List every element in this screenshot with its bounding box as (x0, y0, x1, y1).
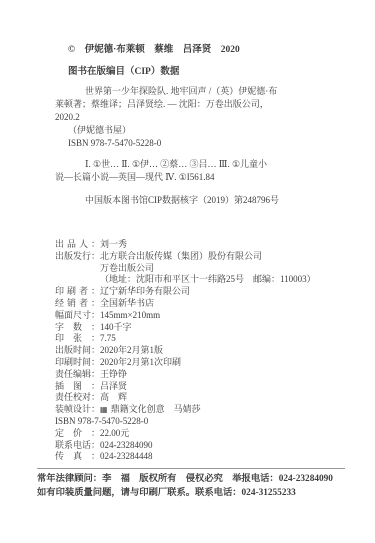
cip-heading: 图书在版编目（CIP）数据 (55, 66, 345, 79)
footer-notices: 常年法律顾问：李 福 版权所有 侵权必究 举报电话：024-23284090 如… (37, 473, 345, 500)
colophon-row: 装帧设计： ▦ 鼎籍文化创意 马婧莎 (55, 404, 345, 416)
colophon-row: 字数： 140千字 (55, 322, 345, 334)
colophon-value: 王铮铮 (100, 369, 127, 381)
colophon-label (55, 263, 100, 275)
colophon-value: 全国新华书店 (100, 298, 154, 310)
colophon-row: 万卷出版公司 (55, 263, 345, 275)
colophon-label: 幅面尺寸： (55, 310, 100, 322)
colophon-value: 7.75 (100, 333, 116, 345)
divider-line (37, 468, 345, 469)
colophon-row: 印刷时间： 2020年2月第1次印刷 (55, 357, 345, 369)
colophon-label: 责任校对： (55, 392, 100, 404)
colophon-value: 2020年2月第1版 (100, 345, 163, 357)
colophon-row: 出版发行： 北方联合出版传媒（集团）股份有限公司 (55, 251, 345, 263)
colophon-label: 装帧设计： (55, 404, 100, 416)
colophon-row-isbn: ISBN 978-7-5470-5228-0 (55, 416, 345, 428)
colophon-label: 责任编辑： (55, 369, 100, 381)
colophon-label: 出品人： (55, 239, 100, 251)
colophon-value: 024-23284448 (100, 451, 153, 463)
colophon-row: 联系电话： 024-23284090 (55, 440, 345, 452)
colophon-value: 2020年2月第1次印刷 (100, 357, 181, 369)
colophon-label: 字数： (55, 322, 100, 334)
colophon-row: 出版时间： 2020年2月第1版 (55, 345, 345, 357)
colophon-value: 吕泽贤 (100, 381, 127, 393)
colophon-label: 插图： (55, 381, 100, 393)
colophon-value: （地址：沈阳市和平区十一纬路25号 邮编：110003） (100, 274, 316, 286)
design-studio-logo-icon: ▦ (100, 404, 108, 416)
cip-classification: Ⅰ. ①世… Ⅱ. ①伊… ②蔡… ③吕… Ⅲ. ①儿童小 说—长篇小说—英国—… (55, 158, 345, 184)
colophon-label: 传真： (55, 451, 100, 463)
colophon-label: 经销者： (55, 298, 100, 310)
cip-entry-line: ISBN 978-7-5470-5228-0 (55, 137, 345, 150)
colophon-label: 联系电话： (55, 440, 100, 452)
colophon-value: 高 辉 (100, 392, 127, 404)
cip-entry-line: 莱顿著；蔡维译；吕泽贤绘. — 沈阳：万卷出版公司， (55, 98, 345, 111)
colophon-row: 印张： 7.75 (55, 333, 345, 345)
colophon-row: 经销者： 全国新华书店 (55, 298, 345, 310)
colophon-row: 插图： 吕泽贤 (55, 381, 345, 393)
legal-notice-line: 常年法律顾问：李 福 版权所有 侵权必究 举报电话：024-23284090 (37, 473, 345, 487)
colophon-row: 印刷者： 辽宁新华印务有限公司 (55, 286, 345, 298)
colophon-row: 责任编辑： 王铮铮 (55, 369, 345, 381)
colophon-value: 140千字 (100, 322, 132, 334)
copyright-statement: © 伊妮德·布莱顿 蔡维 吕泽贤 2020 (55, 44, 345, 57)
colophon-label: 印张： (55, 333, 100, 345)
colophon-label: 印刷时间： (55, 357, 100, 369)
cip-entry-line: （伊妮德书屋） (55, 124, 345, 137)
quality-notice-line: 如有印装质量问题，请与印刷厂联系。联系电话：024-31255233 (37, 487, 345, 501)
colophon-row: 定价： 22.00元 (55, 428, 345, 440)
cip-entry-line: 世界第一少年探险队. 地牢回声 /（英）伊妮德·布 (55, 85, 345, 98)
colophon-row: 传真： 024-23284448 (55, 451, 345, 463)
colophon-value: 鼎籍文化创意 马婧莎 (111, 404, 201, 416)
cip-entry-line: 2020.2 (55, 111, 345, 124)
colophon-value: 刘一秀 (100, 239, 127, 251)
colophon-row: 幅面尺寸： 145mm×210mm (55, 310, 345, 322)
colophon-value: 145mm×210mm (100, 310, 160, 322)
colophon-value: 024-23284090 (100, 440, 153, 452)
colophon-label (55, 274, 100, 286)
colophon-value: 万卷出版公司 (100, 263, 154, 275)
copyright-page: © 伊妮德·布莱顿 蔡维 吕泽贤 2020 图书在版编目（CIP）数据 世界第一… (0, 0, 375, 543)
colophon-label: 印刷者： (55, 286, 100, 298)
colophon-label: 定价： (55, 428, 100, 440)
colophon-value: 辽宁新华印务有限公司 (100, 286, 190, 298)
colophon-row: 责任校对： 高 辉 (55, 392, 345, 404)
colophon-value: 北方联合出版传媒（集团）股份有限公司 (100, 251, 262, 263)
colophon-label: 出版时间： (55, 345, 100, 357)
cip-record-number: 中国版本图书馆CIP数据核字（2019）第248796号 (55, 194, 345, 207)
colophon-row: （地址：沈阳市和平区十一纬路25号 邮编：110003） (55, 274, 345, 286)
colophon-label: 出版发行： (55, 251, 100, 263)
isbn-line: ISBN 978-7-5470-5228-0 (55, 416, 148, 428)
colophon-row: 出品人： 刘一秀 (55, 239, 345, 251)
colophon-value: 22.00元 (100, 428, 129, 440)
cip-classification-line: Ⅰ. ①世… Ⅱ. ①伊… ②蔡… ③吕… Ⅲ. ①儿童小 (55, 158, 345, 171)
colophon: 出品人： 刘一秀 出版发行： 北方联合出版传媒（集团）股份有限公司 万卷出版公司… (55, 239, 345, 463)
cip-classification-line: 说—长篇小说—英国—现代 Ⅳ. ①I561.84 (55, 171, 345, 184)
cip-entry: 世界第一少年探险队. 地牢回声 /（英）伊妮德·布 莱顿著；蔡维译；吕泽贤绘. … (55, 85, 345, 150)
